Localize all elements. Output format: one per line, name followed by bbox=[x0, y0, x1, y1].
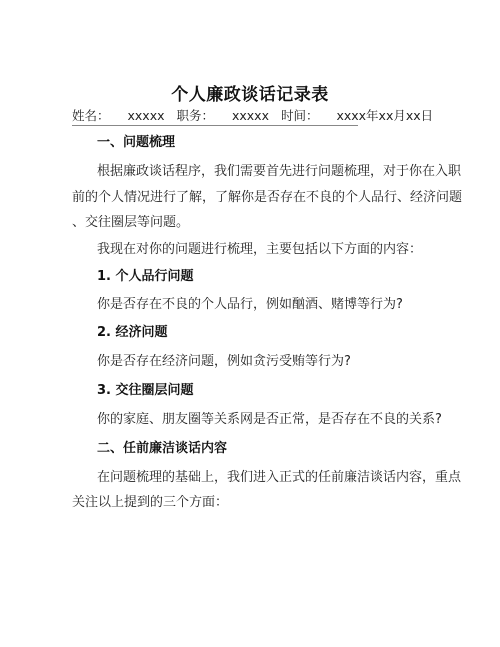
position-label: 职务： bbox=[176, 108, 214, 123]
time-value: xxxx年xx月xx日 bbox=[336, 108, 433, 123]
section1-para1-line1: 根据廉政谈话程序，我们需要首先进行问题梳理，对于你在入职 bbox=[97, 160, 457, 179]
section1-para1-line3: 、交往圈层等问题。 bbox=[72, 211, 432, 230]
section2-heading: 二、任前廉洁谈话内容 bbox=[97, 437, 457, 456]
time-label: 时间： bbox=[281, 108, 319, 123]
meta-row: 姓名： xxxxx 职务： xxxxx 时间： xxxx年xx月xx日 bbox=[72, 106, 358, 126]
item1-heading: 1. 个人品行问题 bbox=[97, 265, 457, 284]
item2-text: 你是否存在经济问题，例如贪污受贿等行为? bbox=[97, 350, 457, 369]
item1-text: 你是否存在不良的个人品行，例如酗酒、赌博等行为? bbox=[97, 293, 457, 312]
section1-para1-line2: 前的个人情况进行了解，了解你是否存在不良的个人品行、经济问题 bbox=[72, 186, 432, 205]
document-title: 个人廉政谈话记录表 bbox=[0, 80, 500, 105]
section2-para-line2: 关注以上提到的三个方面： bbox=[72, 491, 432, 510]
name-value: xxxxx bbox=[128, 108, 165, 123]
section1-heading: 一、问题梳理 bbox=[97, 131, 457, 150]
position-value: xxxxx bbox=[232, 108, 269, 123]
name-label: 姓名： bbox=[72, 108, 110, 123]
section1-para2: 我现在对你的问题进行梳理，主要包括以下方面的内容： bbox=[97, 238, 457, 257]
item2-heading: 2. 经济问题 bbox=[97, 321, 457, 340]
section2-para-line1: 在问题梳理的基础上，我们进入正式的任前廉洁谈话内容，重点 bbox=[97, 466, 457, 485]
item3-text: 你的家庭、朋友圈等关系网是否正常，是否存在不良的关系? bbox=[97, 408, 457, 427]
item3-heading: 3. 交往圈层问题 bbox=[97, 379, 457, 398]
